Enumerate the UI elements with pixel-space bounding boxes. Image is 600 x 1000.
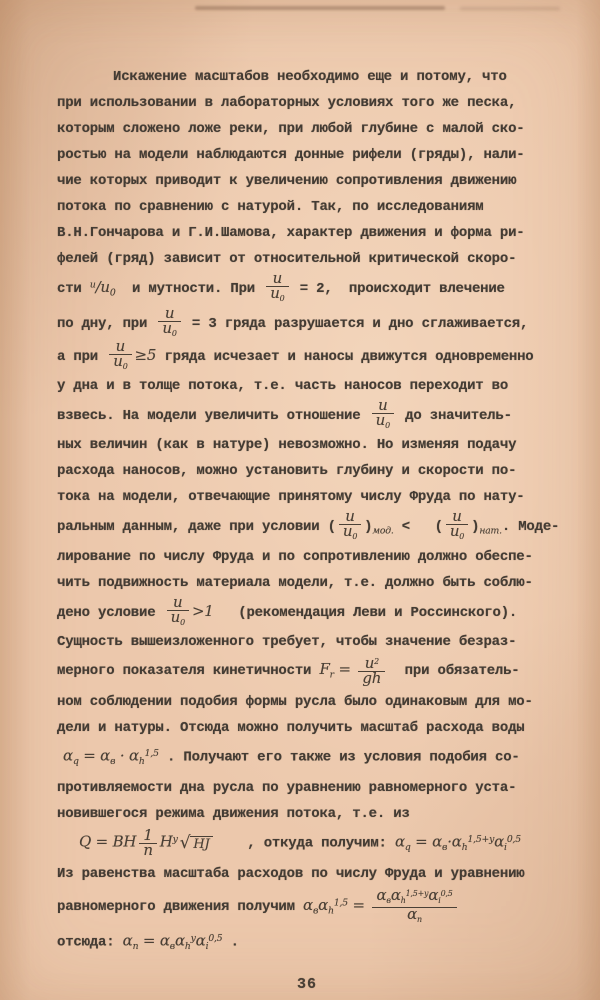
scan-smudge [460,7,560,10]
fraction-denominator: gh [358,671,385,686]
typewriter-text: у дна и в толще потока, т.е. часть нанос… [57,378,508,394]
handwritten-formula-text: α [175,932,185,950]
superscript: 0,5 [208,933,222,944]
text-line: тока на модели, отвечающие принятому чис… [57,484,557,510]
radicand: HJ [190,836,212,853]
typewriter-text: = 3 гряда разрушается и дно сглаживается… [184,316,528,332]
fraction: uu0 [339,510,361,543]
text-line: расхода наносов, можно установить глубин… [57,458,557,484]
paragraph-lines: Искажение масштабов необходимо еще и пот… [57,64,557,960]
subscript: 0 [123,362,128,371]
typewriter-text: которым сложено ложе реки, при любой глу… [57,121,524,137]
typewriter-text: < ( [394,519,443,535]
typewriter-text: тока на модели, отвечающие принятому чис… [57,489,524,505]
text-line: а при uu0≥5 гряда исчезает и наносы движ… [57,340,557,373]
handwritten-formula-text: = α [79,747,110,765]
text-line: сти u/u0 и мутности. При uu0 = 2, происх… [57,272,557,307]
typewriter-text: гряда исчезает и наносы движутся одновре… [156,349,533,365]
radical-sign: √ [180,833,191,853]
fraction-denominator: n [139,843,156,858]
text-line: ных величин (как в натуре) невозможно. Н… [57,432,557,458]
fraction: αвαh1,5+yαi0,5αn [372,887,456,926]
typewriter-text: отсюда: [57,935,123,951]
handwritten-formula-text: u [113,352,122,370]
handwritten-formula-text: n [143,841,152,859]
text-line: ральным данным, даже при условии (uu0)мо… [57,510,557,545]
handwritten-formula-text: u [270,284,279,302]
superscript: 0,5 [507,834,521,845]
typewriter-text: ральным данным, даже при условии ( [57,519,336,535]
typewriter-text: лирование по числу Фруда и по сопротивле… [57,549,533,565]
text-line: новившегося режима движения потока, т.е.… [57,801,557,827]
subscript: 0 [385,421,390,430]
fraction-denominator: u0 [266,286,288,305]
typewriter-text: = 2, происходит влечение [292,281,505,297]
typewriter-text: Из равенства масштаба расходов по числу … [57,866,524,882]
text-line: равномерного движения получим αвαh1,5 = … [57,887,557,926]
text-line: потока по сравнению с натурой. Так, по и… [57,194,557,220]
fraction-denominator: u0 [158,321,180,340]
fraction: 1n [139,829,156,858]
scanned-book-page: Искажение масштабов необходимо еще и пот… [0,0,600,1000]
superscript: 1,5 [334,898,348,909]
handwritten-formula-text: u [162,319,171,337]
fraction: u2gh [358,655,385,686]
text-line: Сущность вышеизложенного требует, чтобы … [57,629,557,655]
typewriter-text: при использовании в лабораторных условия… [57,95,516,111]
typewriter-text: потока по сравнению с натурой. Так, по и… [57,199,483,215]
text-line: фелей (гряд) зависит от относительной кр… [57,246,557,272]
handwritten-formula-text: = [334,661,356,679]
typewriter-text: Искажение масштабов необходимо еще и пот… [113,69,507,85]
fraction: uu0 [372,399,394,432]
subscript: 0 [280,294,285,303]
typewriter-text: а при [57,349,106,365]
handwritten-formula-text: HJ [193,837,209,852]
fraction: uu0 [158,307,180,340]
handwritten-formula-text: ≥5 [135,346,157,364]
typewriter-text: чие которых приводит к увеличению сопрот… [57,173,516,189]
fraction: uu0 [446,510,468,543]
typewriter-text: . Моде- [502,519,559,535]
typewriter-text: дено условие [57,606,164,622]
text-line: взвесь. На модели увеличить отношение uu… [57,399,557,432]
typewriter-text: мерного показателя кинетичности [57,664,319,680]
text-line: αq = αв · αh1,5 . Получают его также из … [57,741,557,775]
handwritten-formula-text: α [196,932,206,950]
fraction: uu0 [109,340,131,373]
handwritten-formula-text: >1 [192,603,214,621]
typewriter-text: ных величин (как в натуре) невозможно. Н… [57,437,516,453]
page-text-block: Искажение масштабов необходимо еще и пот… [57,64,557,993]
typewriter-text: . [222,935,238,951]
typewriter-text: взвесь. На модели увеличить отношение [57,408,369,424]
text-line: дено условие uu0>1 (рекомендация Леви и … [57,596,557,629]
subscript: 0 [459,532,464,541]
typewriter-text: сти [57,281,90,297]
typewriter-text: . Получают его также из условия подобия … [159,750,520,766]
typewriter-text: равномерного движения получим [57,900,303,916]
handwritten-formula-text: α [376,886,386,904]
handwritten-formula-text: H [160,833,173,851]
typewriter-text: и мутности. При [116,281,264,297]
superscript: 0,5 [441,889,453,898]
text-line: которым сложено ложе реки, при любой глу… [57,116,557,142]
fraction-denominator: αn [372,907,456,926]
text-line: чие которых приводит к увеличению сопрот… [57,168,557,194]
fraction-denominator: u0 [109,354,131,373]
handwritten-formula-text: α [63,747,73,765]
text-line: лирование по числу Фруда и по сопротивле… [57,544,557,570]
handwritten-formula-text: F [319,661,329,679]
handwritten-formula-text: ·α [447,833,462,851]
superscript: 1,5 [145,748,159,759]
handwritten-formula-text: α [391,886,401,904]
square-root: √HJ [180,833,213,853]
handwritten-formula-text: α [395,833,405,851]
fraction-denominator: u0 [167,610,189,629]
handwritten-formula-text: · α [115,747,139,765]
text-line: Q = BH1nHy√HJ , откуда получим: αq = αв·… [57,827,557,861]
fraction: uu0 [167,596,189,629]
fraction-denominator: u0 [372,413,394,432]
typewriter-text: ростью на модели наблюдаются донные рифе… [57,147,524,163]
subscript: 0 [180,618,185,627]
handwritten-formula-text: = [348,897,370,915]
fraction-denominator: u0 [339,524,361,543]
handwritten-formula-text: u [100,278,109,296]
text-line: ростью на модели наблюдаются донные рифе… [57,142,557,168]
fraction-denominator: u0 [446,524,468,543]
scan-smudge [195,6,445,10]
typewriter-text: (рекомендация Леви и Россинского). [214,606,517,622]
handwritten-formula-text: u [376,411,385,429]
typewriter-text: дели и натуры. Отсюда можно получить мас… [57,720,524,736]
handwritten-formula-text: α [318,897,328,915]
handwritten-formula-text: α [428,886,438,904]
typewriter-text: до значитель- [397,408,512,424]
typewriter-text: чить подвижность материала модели, т.е. … [57,575,533,591]
text-line: при использовании в лабораторных условия… [57,90,557,116]
typewriter-text: противляемости дна русла по уравнению ра… [57,780,516,796]
superscript: 1,5+y [467,834,494,845]
subscript: мод. [372,525,393,536]
typewriter-text: ном соблюдении подобия формы русла было … [57,694,533,710]
handwritten-formula-text: Q = BH [79,833,136,851]
handwritten-formula-text: α [303,897,313,915]
handwritten-formula-text: u [171,608,180,626]
typewriter-text: расхода наносов, можно установить глубин… [57,463,516,479]
handwritten-formula-text: = α [138,932,169,950]
typewriter-text: Сущность вышеизложенного требует, чтобы … [57,634,516,650]
fraction: uu0 [266,272,288,305]
text-line: дели и натуры. Отсюда можно получить мас… [57,715,557,741]
text-line: противляемости дна русла по уравнению ра… [57,775,557,801]
text-line: ном соблюдении подобия формы русла было … [57,689,557,715]
handwritten-formula-text: u [450,522,459,540]
typewriter-text: , откуда получим: [215,836,395,852]
superscript: 1,5+y [406,889,429,898]
fraction-numerator: αвαh1,5+yαi0,5 [372,887,456,907]
subscript: n [417,915,422,924]
page-number: 36 [57,976,557,993]
typewriter-text: при обязатель- [388,664,519,680]
subscript: 0 [352,532,357,541]
handwritten-formula-text: α [123,932,133,950]
typewriter-text: по дну, при [57,316,155,332]
handwritten-formula-text: u [343,522,352,540]
typewriter-text: фелей (гряд) зависит от относительной кр… [57,251,516,267]
handwritten-formula-text: = α [411,833,442,851]
typewriter-text: новившегося режима движения потока, т.е.… [57,806,410,822]
text-line: Из равенства масштаба расходов по числу … [57,861,557,887]
text-line: мерного показателя кинетичности Fr = u2g… [57,655,557,689]
superscript: 2 [374,657,379,666]
handwritten-formula-text: α [494,833,504,851]
text-line: Искажение масштабов необходимо еще и пот… [57,64,557,90]
subscript: 0 [172,329,177,338]
text-line: чить подвижность материала модели, т.е. … [57,570,557,596]
text-line: у дна и в толще потока, т.е. часть нанос… [57,373,557,399]
superscript: y [173,834,178,845]
subscript: нат. [479,525,501,536]
handwritten-formula-text: α [407,905,417,923]
text-line: отсюда: αn = αвαhyαi0,5 . [57,926,557,960]
text-line: по дну, при uu0 = 3 гряда разрушается и … [57,307,557,340]
typewriter-text: В.Н.Гончарова и Г.И.Шамова, характер дви… [57,225,524,241]
handwritten-formula-text: gh [362,669,381,687]
text-line: В.Н.Гончарова и Г.И.Шамова, характер дви… [57,220,557,246]
